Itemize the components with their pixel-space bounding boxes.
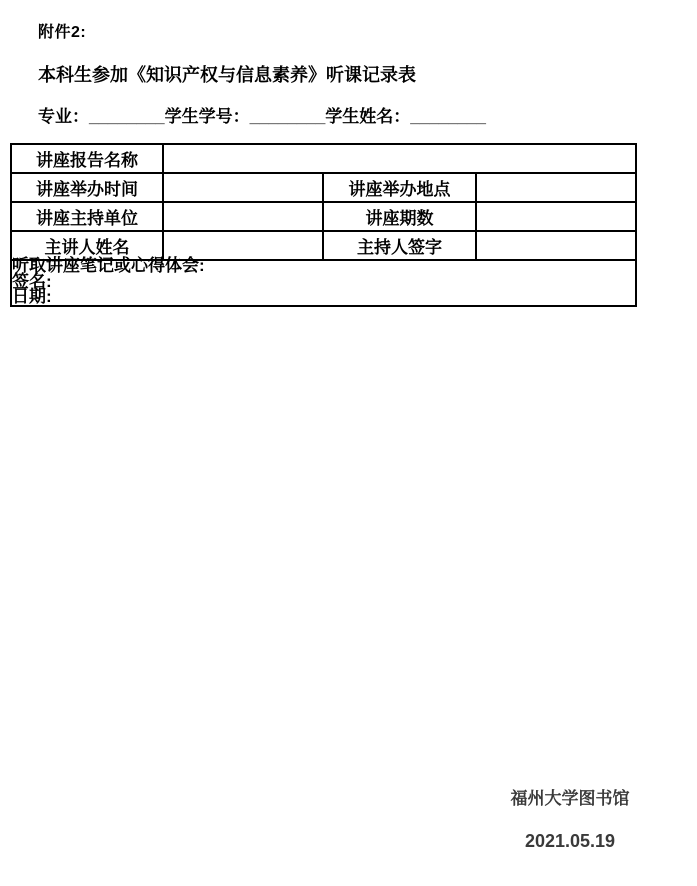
report-name-label: 讲座报告名称 <box>11 144 163 173</box>
attachment-label: 附件2: <box>38 19 86 42</box>
document-title: 本科生参加《知识产权与信息素养》听课记录表 <box>38 61 416 87</box>
report-name-value-cell <box>163 144 636 173</box>
notes-prompt: 听取讲座笔记或心得体会: <box>12 258 635 274</box>
host-signature-value-cell <box>476 231 636 260</box>
table-row-notes: 听取讲座笔记或心得体会: 签名: 日期: <box>11 260 636 306</box>
lecture-record-table: 讲座报告名称 讲座举办时间 讲座举办地点 讲座主持单位 讲座期数 主讲人姓名 主… <box>10 143 637 307</box>
student-name-label: 学生姓名： <box>325 107 410 126</box>
host-unit-value-cell <box>163 202 323 231</box>
session-number-label: 讲座期数 <box>323 202 476 231</box>
major-label: 专业： <box>38 107 89 126</box>
table-row-time-location: 讲座举办时间 讲座举办地点 <box>11 173 636 202</box>
document-footer: 福州大学图书馆 2021.05.19 <box>470 784 670 852</box>
notes-cell: 听取讲座笔记或心得体会: 签名: 日期: <box>11 260 636 306</box>
student-info-line: 专业：________学生学号：________学生姓名：________ <box>38 102 486 127</box>
major-blank-line: ________ <box>89 107 165 126</box>
signature-label: 签名: <box>12 274 635 290</box>
session-number-value-cell <box>476 202 636 231</box>
document-date: 2021.05.19 <box>470 831 670 852</box>
student-id-blank-line: ________ <box>250 107 326 126</box>
host-unit-label: 讲座主持单位 <box>11 202 163 231</box>
document-page: 附件2: 本科生参加《知识产权与信息素养》听课记录表 专业：________学生… <box>0 0 697 886</box>
date-label: 日期: <box>12 289 635 305</box>
lecture-location-label: 讲座举办地点 <box>323 173 476 202</box>
student-name-blank-line: ________ <box>410 107 486 126</box>
lecture-location-value-cell <box>476 173 636 202</box>
notes-lines: 听取讲座笔记或心得体会: 签名: 日期: <box>12 258 635 305</box>
host-signature-label: 主持人签字 <box>323 231 476 260</box>
organization-name: 福州大学图书馆 <box>470 784 670 809</box>
student-id-label: 学生学号： <box>165 107 250 126</box>
lecture-time-value-cell <box>163 173 323 202</box>
lecture-time-label: 讲座举办时间 <box>11 173 163 202</box>
table-row-host-session: 讲座主持单位 讲座期数 <box>11 202 636 231</box>
table-row-report-name: 讲座报告名称 <box>11 144 636 173</box>
